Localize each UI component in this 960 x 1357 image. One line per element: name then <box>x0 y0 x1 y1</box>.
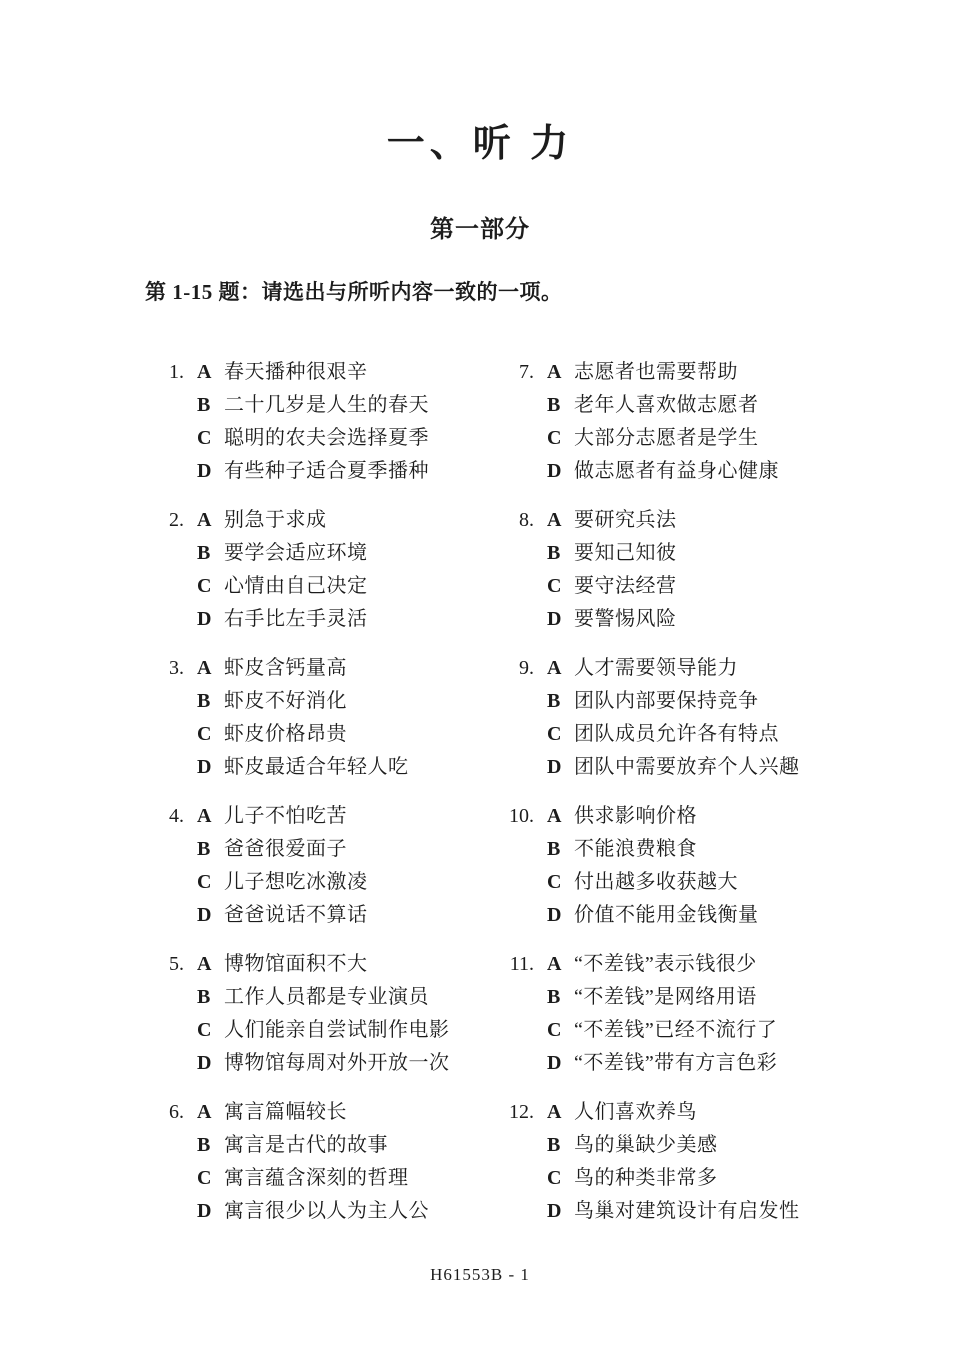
option-text: 团队中需要放弃个人兴趣 <box>574 751 800 784</box>
option-label: A <box>197 356 224 389</box>
option-text: 虾皮价格昂贵 <box>224 718 347 751</box>
option: A“不差钱”表示钱很少 <box>547 948 868 981</box>
option-text: 虾皮不好消化 <box>224 685 347 718</box>
option-text: “不差钱”表示钱很少 <box>574 948 757 981</box>
option: B老年人喜欢做志愿者 <box>547 389 868 422</box>
question-7: 7. A志愿者也需要帮助 B老年人喜欢做志愿者 C大部分志愿者是学生 D做志愿者… <box>498 356 868 488</box>
option: C团队成员允许各有特点 <box>547 718 868 751</box>
option-text: 老年人喜欢做志愿者 <box>574 389 759 422</box>
option-label: D <box>197 603 224 636</box>
option-text: 右手比左手灵活 <box>224 603 368 636</box>
option: A博物馆面积不大 <box>197 948 498 981</box>
option: B不能浪费粮食 <box>547 833 868 866</box>
options-list: A人才需要领导能力 B团队内部要保持竞争 C团队成员允许各有特点 D团队中需要放… <box>547 652 868 784</box>
question-number: 12. <box>498 1096 547 1228</box>
option: A虾皮含钙量高 <box>197 652 498 685</box>
option: B要学会适应环境 <box>197 537 498 570</box>
question-5: 5. A博物馆面积不大 B工作人员都是专业演员 C人们能亲自尝试制作电影 D博物… <box>148 948 498 1080</box>
option-label: C <box>547 570 574 603</box>
option: C付出越多收获越大 <box>547 866 868 899</box>
option-label: D <box>547 751 574 784</box>
option-label: B <box>547 537 574 570</box>
option: D做志愿者有益身心健康 <box>547 455 868 488</box>
option-text: 团队内部要保持竞争 <box>574 685 759 718</box>
option: A寓言篇幅较长 <box>197 1096 498 1129</box>
option: C心情由自己决定 <box>197 570 498 603</box>
option-label: C <box>197 718 224 751</box>
question-number: 3. <box>148 652 197 784</box>
question-4: 4. A儿子不怕吃苦 B爸爸很爱面子 C儿子想吃冰激凌 D爸爸说话不算话 <box>148 800 498 932</box>
option-label: B <box>197 981 224 1014</box>
option-label: D <box>197 455 224 488</box>
question-number: 2. <box>148 504 197 636</box>
option: C聪明的农夫会选择夏季 <box>197 422 498 455</box>
option-text: 博物馆面积不大 <box>224 948 368 981</box>
option: D虾皮最适合年轻人吃 <box>197 751 498 784</box>
options-list: A春天播种很艰辛 B二十几岁是人生的春天 C聪明的农夫会选择夏季 D有些种子适合… <box>197 356 498 488</box>
option-label: A <box>197 800 224 833</box>
option: B寓言是古代的故事 <box>197 1129 498 1162</box>
question-number: 4. <box>148 800 197 932</box>
question-9: 9. A人才需要领导能力 B团队内部要保持竞争 C团队成员允许各有特点 D团队中… <box>498 652 868 784</box>
option-label: C <box>197 866 224 899</box>
options-list: A要研究兵法 B要知己知彼 C要守法经营 D要警惕风险 <box>547 504 868 636</box>
page-footer: H61553B - 1 <box>0 1265 960 1285</box>
option: D寓言很少以人为主人公 <box>197 1195 498 1228</box>
options-list: A虾皮含钙量高 B虾皮不好消化 C虾皮价格昂贵 D虾皮最适合年轻人吃 <box>197 652 498 784</box>
option: B虾皮不好消化 <box>197 685 498 718</box>
question-6: 6. A寓言篇幅较长 B寓言是古代的故事 C寓言蕴含深刻的哲理 D寓言很少以人为… <box>148 1096 498 1228</box>
options-list: A人们喜欢养鸟 B鸟的巢缺少美感 C鸟的种类非常多 D鸟巢对建筑设计有启发性 <box>547 1096 868 1228</box>
option: C人们能亲自尝试制作电影 <box>197 1014 498 1047</box>
option: C鸟的种类非常多 <box>547 1162 868 1195</box>
option-label: B <box>197 685 224 718</box>
questions-column-right: 7. A志愿者也需要帮助 B老年人喜欢做志愿者 C大部分志愿者是学生 D做志愿者… <box>498 356 868 1244</box>
option-text: 二十几岁是人生的春天 <box>224 389 429 422</box>
option-label: C <box>197 1014 224 1047</box>
option-text: 鸟的巢缺少美感 <box>574 1129 718 1162</box>
question-11: 11. A“不差钱”表示钱很少 B“不差钱”是网络用语 C“不差钱”已经不流行了… <box>498 948 868 1080</box>
option: C寓言蕴含深刻的哲理 <box>197 1162 498 1195</box>
option: D右手比左手灵活 <box>197 603 498 636</box>
option-text: 价值不能用金钱衡量 <box>574 899 759 932</box>
question-number: 9. <box>498 652 547 784</box>
option-text: 鸟巢对建筑设计有启发性 <box>574 1195 800 1228</box>
question-number: 1. <box>148 356 197 488</box>
option-text: 虾皮含钙量高 <box>224 652 347 685</box>
options-list: A寓言篇幅较长 B寓言是古代的故事 C寓言蕴含深刻的哲理 D寓言很少以人为主人公 <box>197 1096 498 1228</box>
option: B鸟的巢缺少美感 <box>547 1129 868 1162</box>
option-text: 爸爸说话不算话 <box>224 899 368 932</box>
options-list: A儿子不怕吃苦 B爸爸很爱面子 C儿子想吃冰激凌 D爸爸说话不算话 <box>197 800 498 932</box>
option-label: C <box>547 718 574 751</box>
option: D爸爸说话不算话 <box>197 899 498 932</box>
option: A别急于求成 <box>197 504 498 537</box>
question-12: 12. A人们喜欢养鸟 B鸟的巢缺少美感 C鸟的种类非常多 D鸟巢对建筑设计有启… <box>498 1096 868 1228</box>
option-text: “不差钱”是网络用语 <box>574 981 757 1014</box>
instructions: 第 1-15 题：请选出与所听内容一致的一项。 <box>145 276 960 306</box>
option-label: B <box>197 389 224 422</box>
option-text: 博物馆每周对外开放一次 <box>224 1047 450 1080</box>
option-label: A <box>547 948 574 981</box>
exam-page: 一、听 力 第一部分 第 1-15 题：请选出与所听内容一致的一项。 1. A春… <box>0 0 960 1357</box>
option-text: 寓言很少以人为主人公 <box>224 1195 429 1228</box>
option: C“不差钱”已经不流行了 <box>547 1014 868 1047</box>
option: D要警惕风险 <box>547 603 868 636</box>
option: C要守法经营 <box>547 570 868 603</box>
option-label: D <box>197 899 224 932</box>
options-list: A别急于求成 B要学会适应环境 C心情由自己决定 D右手比左手灵活 <box>197 504 498 636</box>
option-label: D <box>547 455 574 488</box>
option-label: A <box>197 948 224 981</box>
option-label: A <box>197 652 224 685</box>
questions-area: 1. A春天播种很艰辛 B二十几岁是人生的春天 C聪明的农夫会选择夏季 D有些种… <box>0 356 960 1244</box>
options-list: A“不差钱”表示钱很少 B“不差钱”是网络用语 C“不差钱”已经不流行了 D“不… <box>547 948 868 1080</box>
question-2: 2. A别急于求成 B要学会适应环境 C心情由自己决定 D右手比左手灵活 <box>148 504 498 636</box>
option-text: 春天播种很艰辛 <box>224 356 368 389</box>
questions-column-left: 1. A春天播种很艰辛 B二十几岁是人生的春天 C聪明的农夫会选择夏季 D有些种… <box>148 356 498 1244</box>
option-label: C <box>547 866 574 899</box>
option: A春天播种很艰辛 <box>197 356 498 389</box>
option-label: D <box>547 603 574 636</box>
option-text: 儿子不怕吃苦 <box>224 800 347 833</box>
option-label: C <box>547 1162 574 1195</box>
option-text: 志愿者也需要帮助 <box>574 356 738 389</box>
option: B团队内部要保持竞争 <box>547 685 868 718</box>
option: D有些种子适合夏季播种 <box>197 455 498 488</box>
option: D鸟巢对建筑设计有启发性 <box>547 1195 868 1228</box>
option: A志愿者也需要帮助 <box>547 356 868 389</box>
options-list: A志愿者也需要帮助 B老年人喜欢做志愿者 C大部分志愿者是学生 D做志愿者有益身… <box>547 356 868 488</box>
option: B要知己知彼 <box>547 537 868 570</box>
option-text: 儿子想吃冰激凌 <box>224 866 368 899</box>
question-8: 8. A要研究兵法 B要知己知彼 C要守法经营 D要警惕风险 <box>498 504 868 636</box>
option-text: 人们喜欢养鸟 <box>574 1096 697 1129</box>
question-3: 3. A虾皮含钙量高 B虾皮不好消化 C虾皮价格昂贵 D虾皮最适合年轻人吃 <box>148 652 498 784</box>
option-label: A <box>547 356 574 389</box>
option-label: D <box>197 1195 224 1228</box>
option: D博物馆每周对外开放一次 <box>197 1047 498 1080</box>
section-title: 一、听 力 <box>0 0 960 167</box>
option-text: 要警惕风险 <box>574 603 677 636</box>
option-label: C <box>547 1014 574 1047</box>
option: A儿子不怕吃苦 <box>197 800 498 833</box>
option-text: 爸爸很爱面子 <box>224 833 347 866</box>
option-label: D <box>547 1047 574 1080</box>
option-label: B <box>197 833 224 866</box>
option-text: 寓言蕴含深刻的哲理 <box>224 1162 409 1195</box>
option-text: 有些种子适合夏季播种 <box>224 455 429 488</box>
question-10: 10. A供求影响价格 B不能浪费粮食 C付出越多收获越大 D价值不能用金钱衡量 <box>498 800 868 932</box>
option-label: B <box>197 1129 224 1162</box>
option-text: 工作人员都是专业演员 <box>224 981 429 1014</box>
question-number: 5. <box>148 948 197 1080</box>
option-text: 人才需要领导能力 <box>574 652 738 685</box>
option-label: A <box>197 1096 224 1129</box>
option: A人才需要领导能力 <box>547 652 868 685</box>
option-text: 大部分志愿者是学生 <box>574 422 759 455</box>
option: D团队中需要放弃个人兴趣 <box>547 751 868 784</box>
option: B二十几岁是人生的春天 <box>197 389 498 422</box>
option: B工作人员都是专业演员 <box>197 981 498 1014</box>
option-label: B <box>197 537 224 570</box>
part-title: 第一部分 <box>0 209 960 244</box>
option-text: 要守法经营 <box>574 570 677 603</box>
option-text: 别急于求成 <box>224 504 327 537</box>
option-label: B <box>547 685 574 718</box>
option-text: 要学会适应环境 <box>224 537 368 570</box>
option-label: B <box>547 833 574 866</box>
option-label: A <box>547 800 574 833</box>
option-label: A <box>547 652 574 685</box>
option: D价值不能用金钱衡量 <box>547 899 868 932</box>
option-label: B <box>547 389 574 422</box>
option-text: 供求影响价格 <box>574 800 697 833</box>
option-text: 心情由自己决定 <box>224 570 368 603</box>
question-number: 8. <box>498 504 547 636</box>
option-label: B <box>547 1129 574 1162</box>
question-number: 6. <box>148 1096 197 1228</box>
option-text: 付出越多收获越大 <box>574 866 738 899</box>
option: B“不差钱”是网络用语 <box>547 981 868 1014</box>
option: A供求影响价格 <box>547 800 868 833</box>
option-label: D <box>197 751 224 784</box>
option: C儿子想吃冰激凌 <box>197 866 498 899</box>
option-text: 要研究兵法 <box>574 504 677 537</box>
options-list: A供求影响价格 B不能浪费粮食 C付出越多收获越大 D价值不能用金钱衡量 <box>547 800 868 932</box>
option-label: A <box>547 504 574 537</box>
option: C虾皮价格昂贵 <box>197 718 498 751</box>
option-text: 要知己知彼 <box>574 537 677 570</box>
option-label: C <box>547 422 574 455</box>
option: B爸爸很爱面子 <box>197 833 498 866</box>
options-list: A博物馆面积不大 B工作人员都是专业演员 C人们能亲自尝试制作电影 D博物馆每周… <box>197 948 498 1080</box>
option-text: 团队成员允许各有特点 <box>574 718 779 751</box>
option: D“不差钱”带有方言色彩 <box>547 1047 868 1080</box>
option-label: B <box>547 981 574 1014</box>
option-text: 人们能亲自尝试制作电影 <box>224 1014 450 1047</box>
option-text: “不差钱”带有方言色彩 <box>574 1047 777 1080</box>
option: C大部分志愿者是学生 <box>547 422 868 455</box>
option-text: 寓言是古代的故事 <box>224 1129 388 1162</box>
option-text: 虾皮最适合年轻人吃 <box>224 751 409 784</box>
option: A要研究兵法 <box>547 504 868 537</box>
option-text: 做志愿者有益身心健康 <box>574 455 779 488</box>
option-label: A <box>547 1096 574 1129</box>
question-1: 1. A春天播种很艰辛 B二十几岁是人生的春天 C聪明的农夫会选择夏季 D有些种… <box>148 356 498 488</box>
option-label: C <box>197 1162 224 1195</box>
option-label: C <box>197 570 224 603</box>
question-number: 11. <box>498 948 547 1080</box>
question-number: 7. <box>498 356 547 488</box>
option-label: A <box>197 504 224 537</box>
option-text: 鸟的种类非常多 <box>574 1162 718 1195</box>
option-text: “不差钱”已经不流行了 <box>574 1014 777 1047</box>
option-text: 聪明的农夫会选择夏季 <box>224 422 429 455</box>
option-label: D <box>547 899 574 932</box>
option-label: D <box>197 1047 224 1080</box>
question-number: 10. <box>498 800 547 932</box>
option-label: D <box>547 1195 574 1228</box>
option-text: 寓言篇幅较长 <box>224 1096 347 1129</box>
option: A人们喜欢养鸟 <box>547 1096 868 1129</box>
option-label: C <box>197 422 224 455</box>
option-text: 不能浪费粮食 <box>574 833 697 866</box>
